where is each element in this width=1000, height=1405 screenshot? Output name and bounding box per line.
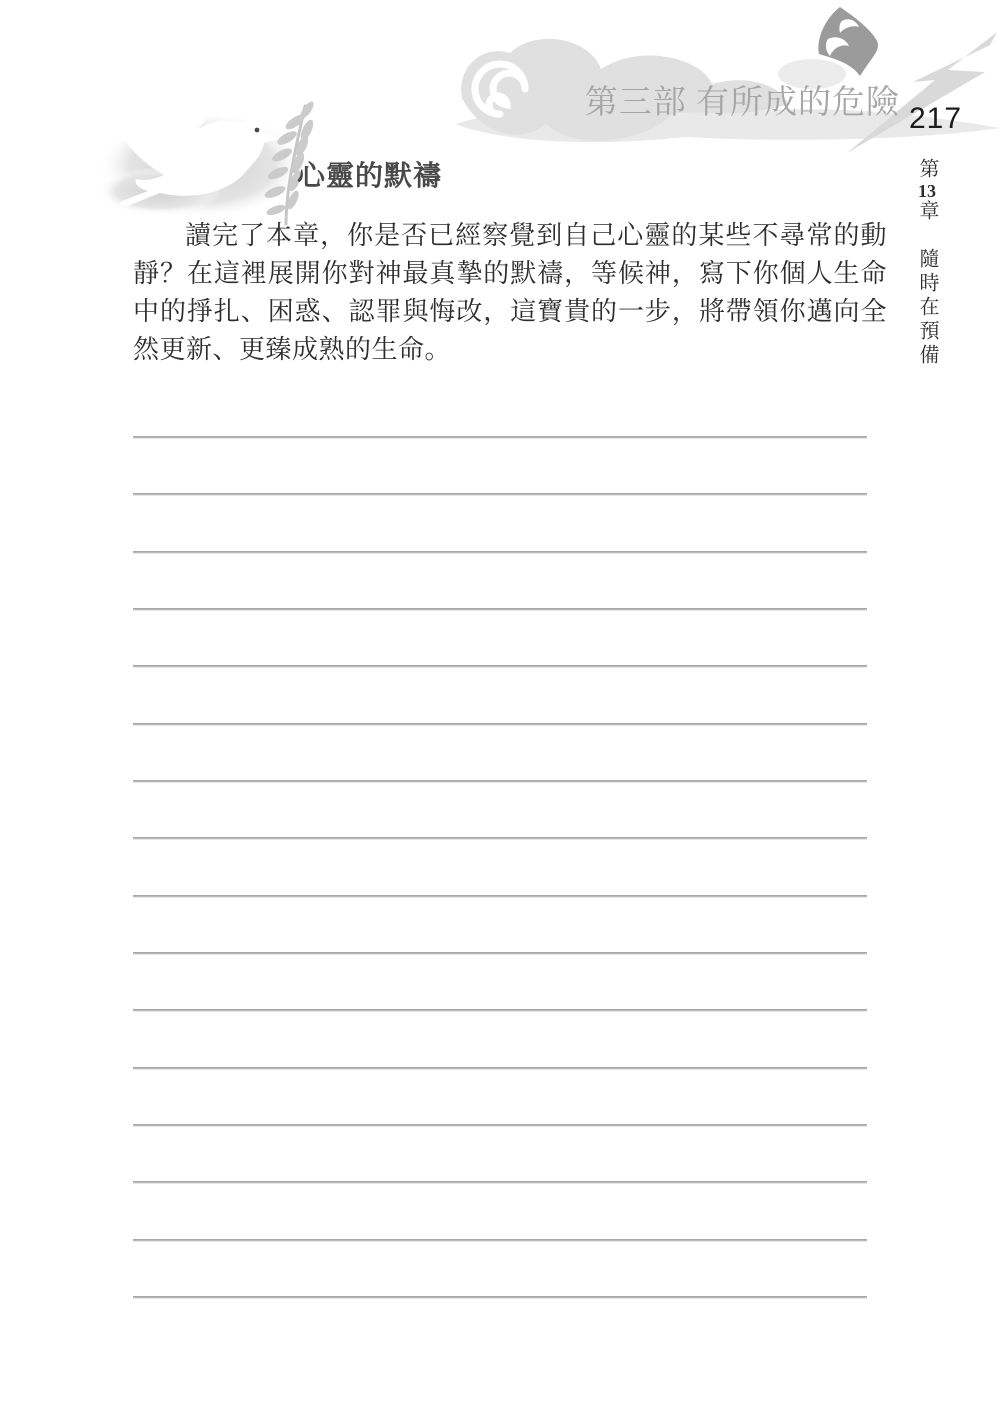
chapter-title: 隨時在預備 [916, 248, 938, 368]
writing-line [133, 1296, 867, 1298]
writing-line [133, 436, 867, 438]
writing-line [133, 1124, 867, 1126]
writing-line [133, 551, 867, 553]
writing-lines-area [0, 0, 1000, 1405]
writing-line [133, 493, 867, 495]
book-page: 第三部 有所成的危險 217 第13章隨時在預備 心靈的默禱 讀完了本章，你是否… [0, 0, 1000, 1405]
chapter-number: 13 [917, 182, 937, 200]
section-title: 心靈的默禱 [297, 160, 442, 194]
writing-line [133, 837, 867, 839]
writing-line [133, 1181, 867, 1183]
writing-line [133, 952, 867, 954]
chapter-suffix: 章 [916, 200, 938, 224]
chapter-marker: 第13章隨時在預備 [913, 158, 942, 388]
writing-line [133, 1009, 867, 1011]
chapter-prefix: 第 [916, 158, 938, 182]
writing-line [133, 895, 867, 897]
part-title: 第三部 有所成的危險 [585, 84, 900, 122]
writing-line [133, 780, 867, 782]
page-number: 217 [909, 102, 962, 136]
writing-line [133, 1239, 867, 1241]
writing-line [133, 723, 867, 725]
writing-line [133, 665, 867, 667]
writing-line [133, 1067, 867, 1069]
writing-line [133, 608, 867, 610]
prayer-intro-paragraph: 讀完了本章，你是否已經察覺到自己心靈的某些不尋常的動靜？在這裡展開你對神最真摯的… [133, 216, 887, 368]
